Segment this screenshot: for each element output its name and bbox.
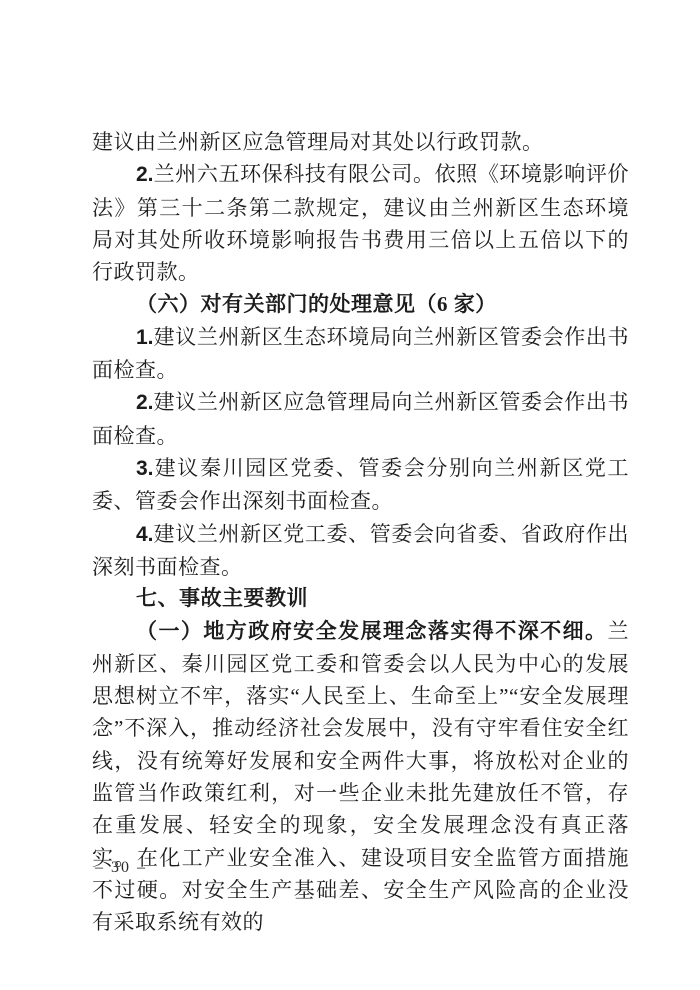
paragraph-text: 建议兰州新区应急管理局向兰州新区管委会作出书面检查。: [92, 390, 629, 447]
paragraph-number: 1.: [136, 326, 154, 349]
paragraph-text: 兰州新区、秦川园区党工委和管委会以人民为中心的发展思想树立不牢，落实“人民至上、…: [92, 619, 629, 934]
page-number: – 30 –: [95, 859, 147, 877]
paragraph-text: 建议兰州新区生态环境局向兰州新区管委会作出书面检查。: [92, 325, 629, 382]
paragraph-recommendation-3: 3.建议秦川园区党委、管委会分别向兰州新区党工委、管委会作出深刻书面检查。: [92, 452, 629, 518]
paragraph-text: 兰州六五环保科技有限公司。依照《环境影响评价法》第三十二条第二款规定，建议由兰州…: [92, 162, 629, 284]
paragraph-recommendation-1: 1.建议兰州新区生态环境局向兰州新区管委会作出书面检查。: [92, 321, 629, 387]
paragraph-lesson-1: （一）地方政府安全发展理念落实得不深不细。兰州新区、秦川园区党工委和管委会以人民…: [92, 615, 629, 938]
paragraph-recommendation-4: 4.建议兰州新区党工委、管委会向省委、省政府作出深刻书面检查。: [92, 518, 629, 584]
paragraph-company-2: 2.兰州六五环保科技有限公司。依照《环境影响评价法》第三十二条第二款规定，建议由…: [92, 158, 629, 288]
paragraph-bold-lead: （一）地方政府安全发展理念落实得不深不细。: [136, 619, 608, 643]
section-heading-six: （六）对有关部门的处理意见（6 家）: [92, 288, 629, 320]
document-body: 建议由兰州新区应急管理局对其处以行政罚款。 2.兰州六五环保科技有限公司。依照《…: [92, 126, 629, 938]
paragraph-number: 2.: [136, 391, 154, 414]
document-page: 建议由兰州新区应急管理局对其处以行政罚款。 2.兰州六五环保科技有限公司。依照《…: [0, 0, 700, 990]
paragraph-number: 3.: [136, 457, 154, 480]
paragraph-text: 建议兰州新区党工委、管委会向省委、省政府作出深刻书面检查。: [92, 522, 629, 579]
paragraph-recommendation-2: 2.建议兰州新区应急管理局向兰州新区管委会作出书面检查。: [92, 386, 629, 452]
paragraph-fine-continuation: 建议由兰州新区应急管理局对其处以行政罚款。: [92, 126, 629, 158]
paragraph-number: 4.: [136, 523, 154, 546]
chapter-heading-seven: 七、事故主要教训: [92, 583, 629, 615]
paragraph-number: 2.: [136, 163, 154, 186]
paragraph-text: 建议秦川园区党委、管委会分别向兰州新区党工委、管委会作出深刻书面检查。: [92, 456, 629, 513]
paragraph-text: 建议由兰州新区应急管理局对其处以行政罚款。: [92, 130, 544, 154]
